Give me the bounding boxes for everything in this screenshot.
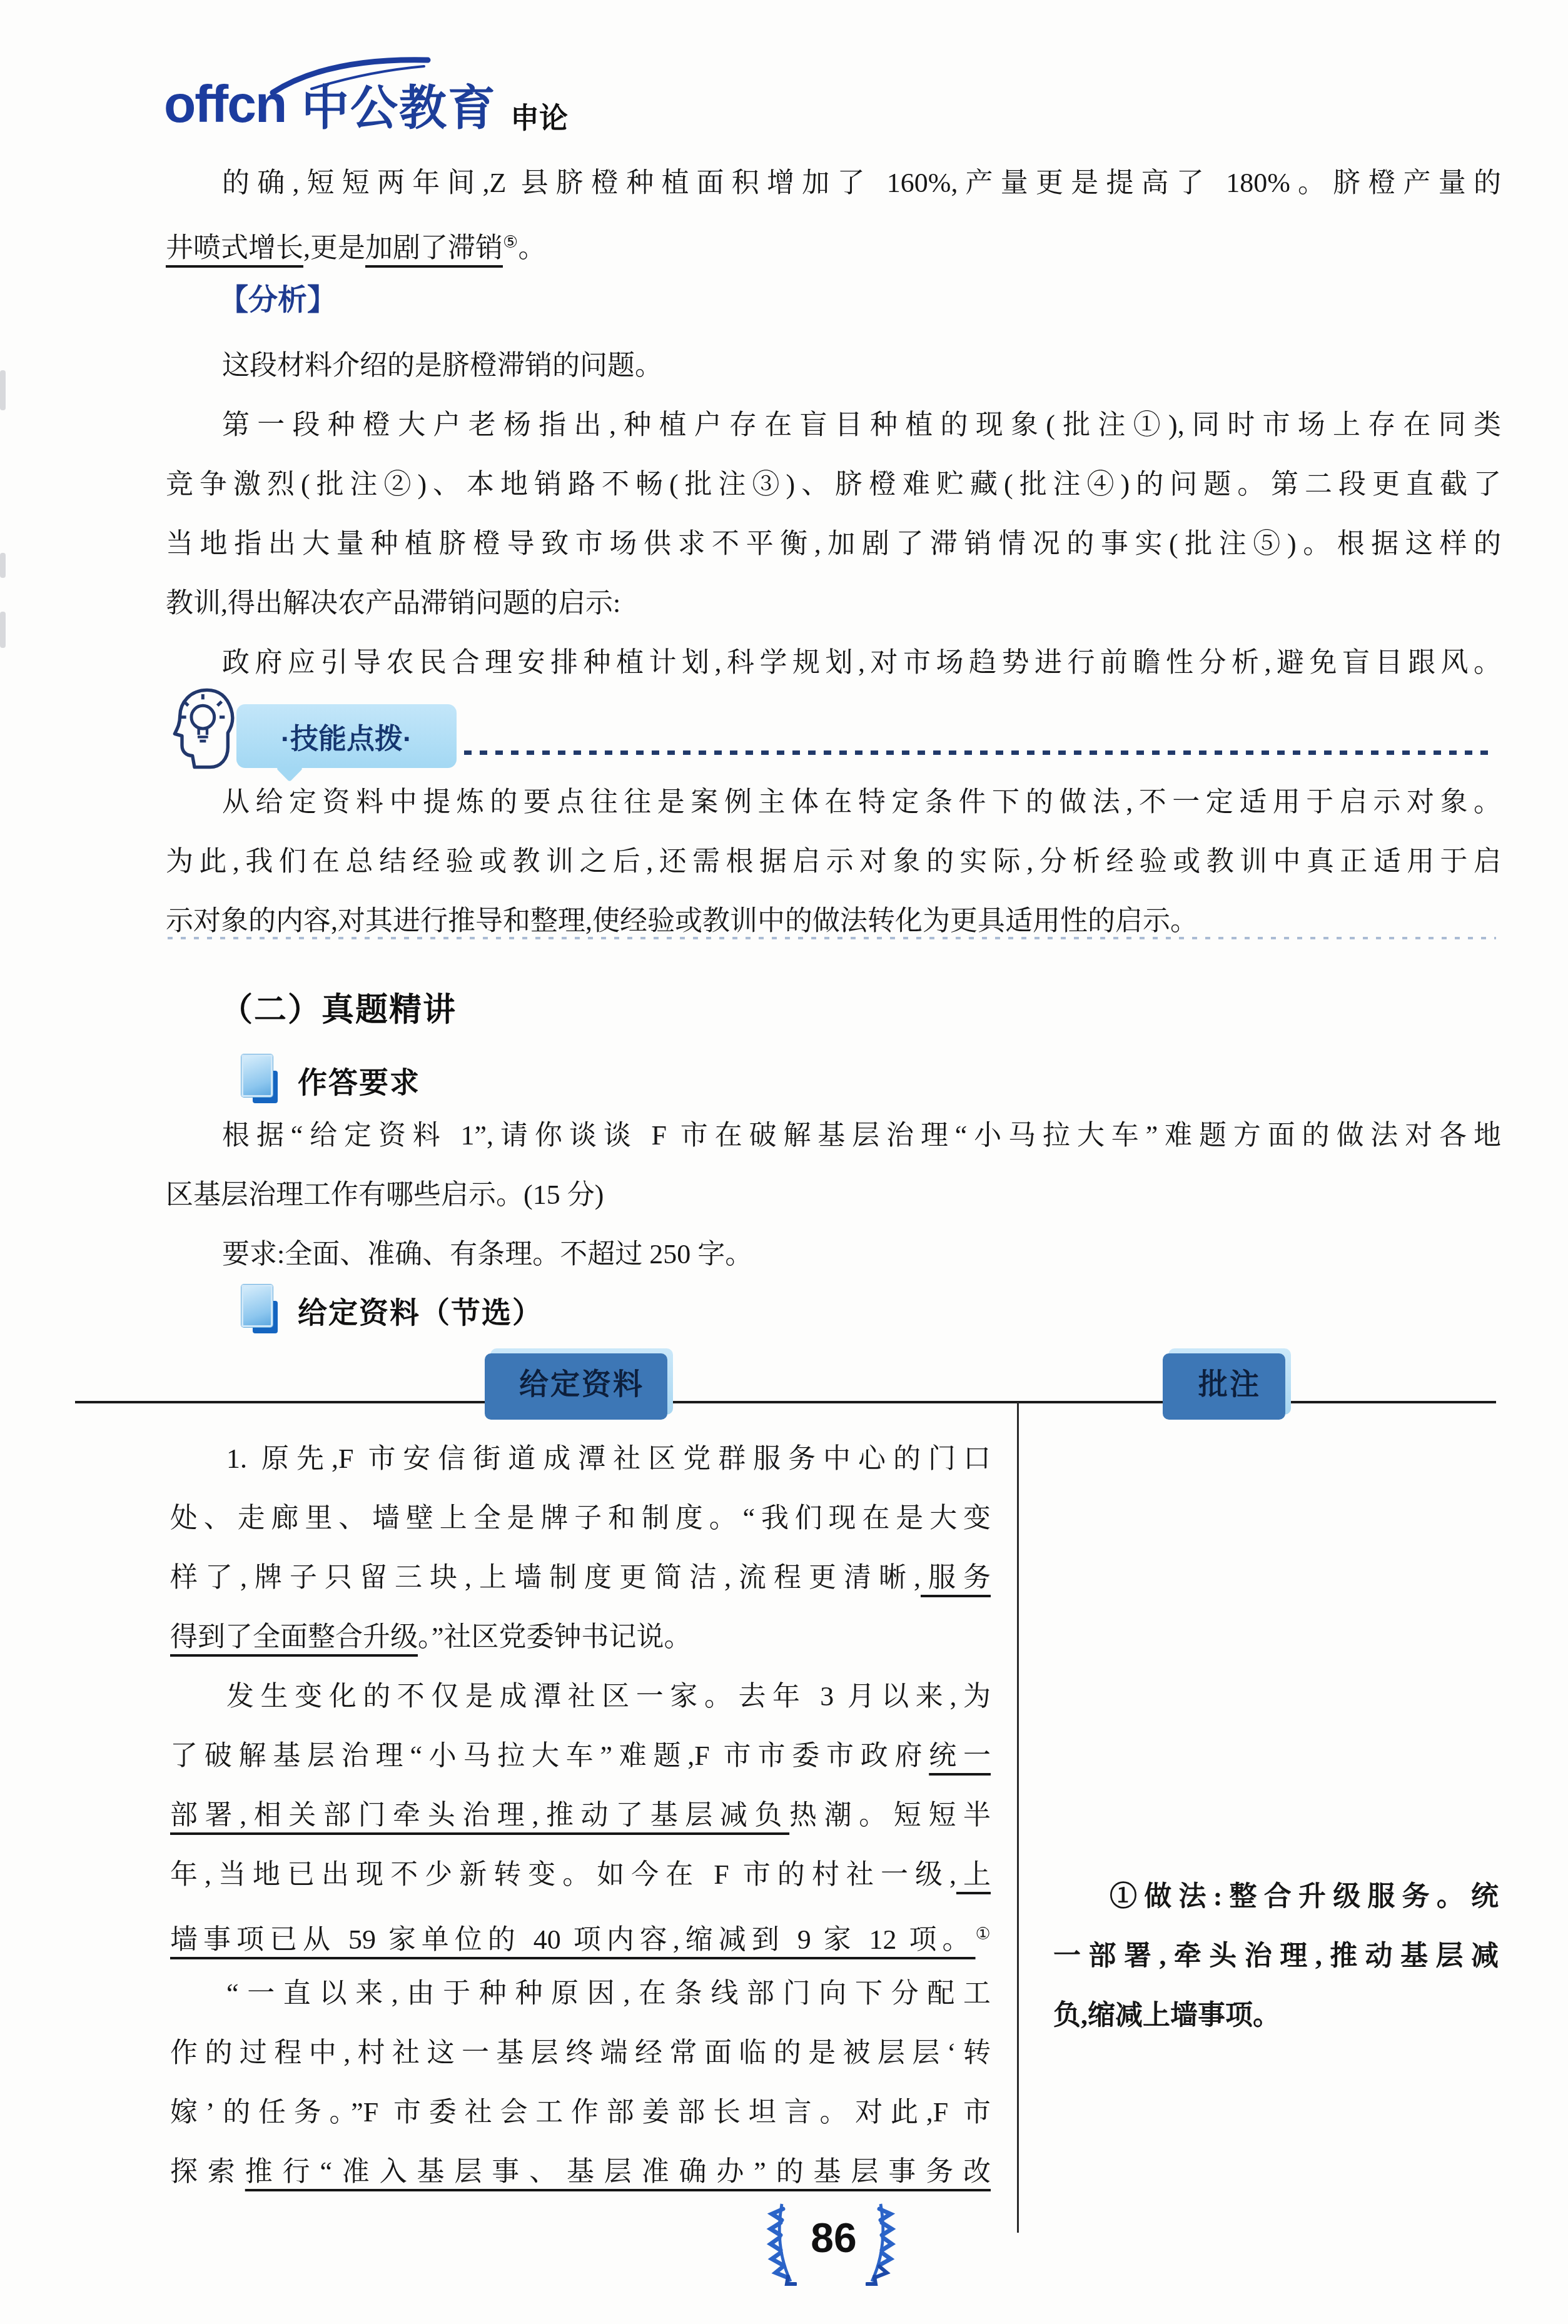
text-line: 1. 原先,F 市安信街道成潭社区党群服务中心的门口	[170, 1429, 991, 1488]
text-segment: 示对象的内容,对其进行推导和整理,使经验或教训中的做法转化为更具适用性的启示。	[166, 906, 1198, 936]
text-segment: 1. 原先,F 市安信街道成潭社区党群服务中心的门口	[226, 1443, 991, 1474]
text-segment: 作的过程中,村社这一基层终端经常面临的是被层层‘转	[170, 2038, 991, 2068]
annotation-line: ①做法:整合升级服务。统	[1053, 1867, 1499, 1926]
text-line: 示对象的内容,对其进行推导和整理,使经验或教训中的做法转化为更具适用性的启示。	[166, 891, 1501, 951]
logo-brand: 中公教育	[301, 70, 497, 138]
text-line: 了破解基层治理“小马拉大车”难题,F 市市委市政府统一	[170, 1726, 991, 1786]
text-segment: 竞争激烈(批注②)、本地销路不畅(批注③)、脐橙难贮藏(批注④)的问题。第二段更…	[166, 469, 1501, 500]
text-segment: 嫁’的任务。”F 市委社会工作部姜部长坦言。对此,F 市	[170, 2097, 991, 2128]
text-line: 这段材料介绍的是脐橙滞销的问题。	[166, 336, 1501, 395]
text-line: 作的过程中,村社这一基层终端经常面临的是被层层‘转	[170, 2023, 991, 2083]
text-segment: 第一段种橙大户老杨指出,种植户存在盲目种植的现象(批注①),同时市场上存在同类	[222, 410, 1501, 440]
text-line: 发生变化的不仅是成潭社区一家。去年 3 月以来,为	[170, 1667, 991, 1726]
text-segment: 教训,得出解决农产品滞销问题的启示:	[166, 588, 620, 619]
text-segment: 处、走廊里、墙壁上全是牌子和制度。“我们现在是大变	[170, 1503, 991, 1533]
textbook-page: offcn 中公教育 申论 的确,短短两年间,Z 县脐橙种植面积增加了 160%…	[0, 0, 1568, 2324]
text-line: “一直以来,由于种种原因,在条线部门向下分配工	[170, 1964, 991, 2023]
text-segment: 年,当地已出现不少新转变。如今在 F 市的村社一级,	[170, 1859, 956, 1890]
tab-given-material: 给定资料	[490, 1348, 673, 1415]
table-column-divider	[1017, 1402, 1019, 2233]
underlined-text: 推行“准入基层事、基层准确办”的基层事务改	[245, 2156, 991, 2187]
text-line: 墙事项已从 59 家单位的 40 项内容,缩减到 9 家 12 项。①	[170, 1904, 991, 1964]
text-segment: 为此,我们在总结经验或教训之后,还需根据启示对象的实际,分析经验或教训中真正适用…	[166, 846, 1501, 877]
text-line: 年,当地已出现不少新转变。如今在 F 市的村社一级,上	[170, 1845, 991, 1904]
text-line: 要求:全面、准确、有条理。不超过 250 字。	[166, 1225, 1501, 1284]
section-title: （二）真题精讲	[220, 983, 457, 1030]
text-line: 当地指出大量种植脐橙导致市场供求不平衡,加剧了滞销情况的事实(批注⑤)。根据这样…	[166, 514, 1501, 573]
text-segment: 根据“给定资料 1”,请你谈谈 F 市在破解基层治理“小马拉大车”难题方面的做法…	[222, 1120, 1501, 1151]
underlined-text: 墙事项已从 59 家单位的 40 项内容,缩减到 9 家 12 项。	[170, 1924, 976, 1955]
laurel-right-icon	[866, 2199, 898, 2286]
text-line: 竞争激烈(批注②)、本地销路不畅(批注③)、脐橙难贮藏(批注④)的问题。第二段更…	[166, 455, 1501, 514]
text-line: 的确,短短两年间,Z 县脐橙种植面积增加了 160%,产量更是提高了 180%。…	[166, 153, 1501, 213]
text-line: 根据“给定资料 1”,请你谈谈 F 市在破解基层治理“小马拉大车”难题方面的做法…	[166, 1106, 1501, 1165]
text-segment: ,更是	[303, 233, 365, 263]
dashed-rule-bottom	[168, 937, 1496, 939]
laurel-left-icon	[764, 2199, 797, 2286]
text-line: 探索推行“准入基层事、基层准确办”的基层事务改	[170, 2142, 991, 2201]
text-line: 处、走廊里、墙壁上全是牌子和制度。“我们现在是大变	[170, 1488, 991, 1548]
subject-label: 申论	[510, 95, 568, 136]
text-line: 得到了全面整合升级。”社区党委钟书记说。	[170, 1607, 991, 1667]
text-line: 从给定资料中提炼的要点往往是案例主体在特定条件下的做法,不一定适用于启示对象。	[166, 772, 1501, 832]
text-line: 嫁’的任务。”F 市委社会工作部姜部长坦言。对此,F 市	[170, 2083, 991, 2142]
text-segment: 发生变化的不仅是成潭社区一家。去年 3 月以来,为	[226, 1681, 991, 1712]
text-segment: 样了,牌子只留三块,上墙制度更简洁,流程更清晰,	[170, 1562, 921, 1593]
text-segment: 负,缩减上墙事项。	[1053, 2000, 1280, 2031]
underlined-text: 服务	[921, 1562, 991, 1593]
material-column: 1. 原先,F 市安信街道成潭社区党群服务中心的门口 处、走廊里、墙壁上全是牌子…	[170, 1429, 991, 2201]
text-line: 为此,我们在总结经验或教训之后,还需根据启示对象的实际,分析经验或教训中真正适用…	[166, 832, 1501, 891]
underlined-text: 部署,相关部门牵头治理,推动了基层减负	[170, 1800, 789, 1831]
text-segment: 区基层治理工作有哪些启示。(15 分)	[166, 1180, 604, 1210]
text-line: 区基层治理工作有哪些启示。(15 分)	[166, 1165, 1501, 1225]
answer-requirements-heading: 作答要求	[298, 1059, 420, 1101]
text-segment: 这段材料介绍的是脐橙滞销的问题。	[222, 350, 662, 381]
text-segment: 。	[518, 233, 545, 263]
text-segment: ①做法:整合升级服务。统	[1110, 1881, 1499, 1912]
text-segment: 的确,短短两年间,Z 县脐橙种植面积增加了 160%,产量更是提高了 180%。…	[222, 168, 1501, 198]
underlined-text: 统一	[929, 1740, 991, 1771]
annotation-line: 负,缩减上墙事项。	[1053, 1986, 1499, 2045]
tab-annotation: 批注	[1168, 1348, 1291, 1415]
annotation-line: 一部署,牵头治理,推动基层减	[1053, 1926, 1499, 1986]
text-segment: “一直以来,由于种种原因,在条线部门向下分配工	[226, 1978, 991, 2009]
logo-offcn: offcn	[164, 74, 286, 134]
head-lightbulb-icon	[173, 687, 235, 770]
text-segment: 政府应引导农民合理安排种植计划,科学规划,对市场趋势进行前瞻性分析,避免盲目跟风…	[222, 647, 1501, 678]
skill-tip-text: 从给定资料中提炼的要点往往是案例主体在特定条件下的做法,不一定适用于启示对象。 …	[166, 772, 1501, 951]
text-line: 井喷式增长,更是加剧了滞销⑤。	[166, 213, 1501, 272]
analysis-label: 【分析】	[219, 276, 336, 318]
text-segment: 热潮。短短半	[789, 1800, 991, 1831]
annotation-ref-superscript: ①	[976, 1924, 991, 1943]
question-text: 根据“给定资料 1”,请你谈谈 F 市在破解基层治理“小马拉大车”难题方面的做法…	[166, 1106, 1501, 1284]
text-segment: 了破解基层治理“小马拉大车”难题,F 市市委市政府	[170, 1740, 929, 1771]
scan-artifact	[0, 370, 6, 410]
document-icon	[241, 1054, 280, 1107]
document-icon	[241, 1285, 280, 1337]
skill-tip-label: ·技能点拨·	[236, 704, 457, 768]
scan-artifact	[0, 612, 6, 648]
text-segment: 从给定资料中提炼的要点往往是案例主体在特定条件下的做法,不一定适用于启示对象。	[222, 787, 1501, 817]
annotation-ref-superscript: ⑤	[503, 233, 518, 251]
text-line: 第一段种橙大户老杨指出,种植户存在盲目种植的现象(批注①),同时市场上存在同类	[166, 395, 1501, 455]
text-segment: 要求:全面、准确、有条理。不超过 250 字。	[222, 1239, 752, 1270]
text-line: 教训,得出解决农产品滞销问题的启示:	[166, 573, 1501, 633]
underlined-text: 得到了全面整合升级	[170, 1622, 418, 1652]
text-segment: 当地指出大量种植脐橙导致市场供求不平衡,加剧了滞销情况的事实(批注⑤)。根据这样…	[166, 528, 1501, 559]
text-line: 部署,相关部门牵头治理,推动了基层减负热潮。短短半	[170, 1786, 991, 1845]
text-line: 样了,牌子只留三块,上墙制度更简洁,流程更清晰,服务	[170, 1548, 991, 1607]
text-line: 政府应引导农民合理安排种植计划,科学规划,对市场趋势进行前瞻性分析,避免盲目跟风…	[166, 633, 1501, 692]
text-segment: 。”社区党委钟书记说。	[418, 1622, 692, 1652]
analysis-paragraphs: 这段材料介绍的是脐橙滞销的问题。 第一段种橙大户老杨指出,种植户存在盲目种植的现…	[166, 336, 1501, 692]
text-segment: 一部署,牵头治理,推动基层减	[1053, 1941, 1499, 1971]
dashed-rule-top	[464, 750, 1496, 755]
annotation-column: ①做法:整合升级服务。统 一部署,牵头治理,推动基层减 负,缩减上墙事项。	[1053, 1867, 1499, 2045]
text-segment: 探索	[170, 2156, 245, 2187]
page-number: 86	[806, 2214, 862, 2261]
intro-paragraph: 的确,短短两年间,Z 县脐橙种植面积增加了 160%,产量更是提高了 180%。…	[166, 153, 1501, 272]
underlined-text: 加剧了滞销	[365, 233, 503, 263]
given-material-heading: 给定资料（节选）	[298, 1290, 543, 1331]
underlined-text: 上	[956, 1859, 991, 1890]
scan-artifact	[0, 553, 6, 578]
underlined-text: 井喷式增长	[166, 233, 303, 263]
